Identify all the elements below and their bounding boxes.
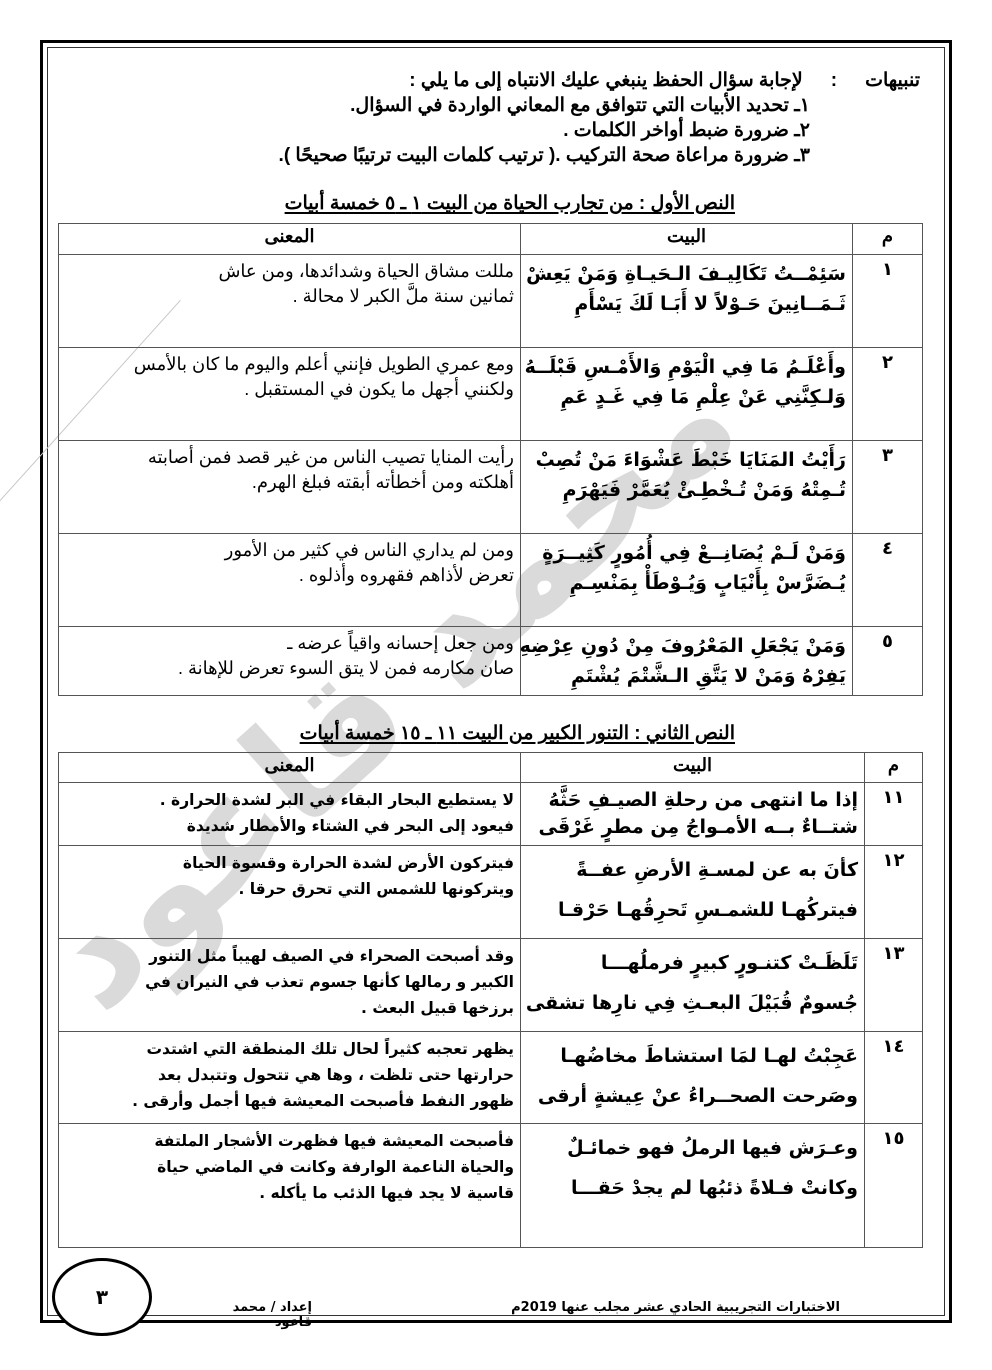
instructions-colon: : (813, 68, 855, 93)
verse-number: ١٥ (865, 1124, 923, 1248)
meaning-line: ظهور النفط فأصبحت المعيشة فيها أجمل وأرق… (65, 1088, 514, 1114)
meaning-line: تعرض لأذاهم فقهروه وأذلوه . (65, 563, 514, 588)
verse-line: تَلَظَـتْ كتنـورٍ كبيرٍ فرملُهـــا (527, 943, 858, 983)
table-row: ٥ وَمَنْ يَجْعَلِ المَعْرُوفَ مِنْ دُونِ… (59, 627, 923, 696)
meaning-line: برزخها قبيل البعث . (65, 995, 514, 1021)
table-row: ١١ إذا ما انتهى من رحلةِ الصيـفِ حَثَّهُ… (59, 783, 923, 846)
verse-line: كأنَ به عن لمسـةِ الأرضِ عفــةً (527, 850, 858, 890)
verse-line: ثَـمَــانِينَ حَـوْلاً لا أَبَـا لَكَ يَ… (527, 289, 846, 319)
verse-meaning: فأصبحت المعيشة فيها فظهرت الأشجار الملتف… (59, 1124, 521, 1248)
table-header-row: م البيت المعنى (59, 224, 923, 255)
footer-author: إعداد / محمد قاعود (192, 1300, 312, 1330)
meaning-line: ثمانين سنة ملَّ الكبر لا محالة . (65, 284, 514, 309)
table-row: ٢ وأَعْلَـمُ مَا فِي الْيَوْمِ وَالأَمْـ… (59, 348, 923, 441)
footer-exam-title: الاختبارات التجريبية الحادي عشر مجلب عنه… (510, 1300, 840, 1315)
verse-meaning: ومن لم يداري الناس في كثير من الأمور تعر… (59, 534, 521, 627)
meaning-line: ومن لم يداري الناس في كثير من الأمور (65, 538, 514, 563)
verse-number: ١٢ (865, 846, 923, 939)
verse-number: ١٤ (865, 1032, 923, 1124)
meaning-line: صان مكارمه فمن لا يتق السوء تعرض للإهانة… (65, 656, 514, 681)
verse-text: إذا ما انتهى من رحلةِ الصيـفِ حَثَّهُ شت… (521, 783, 865, 846)
meaning-line: ويتركونها للشمس التي تحرق حرقا . (65, 876, 514, 902)
verse-meaning: لا يستطيع البحار البقاء في البر لشدة الح… (59, 783, 521, 846)
verse-line: يُـضَرَّسْ بِأَنْيَابٍ وَيُـوْطَأْ بِمَن… (527, 568, 846, 598)
verse-text: كأنَ به عن لمسـةِ الأرضِ عفــةً فيتركُهـ… (521, 846, 865, 939)
verse-line: إذا ما انتهى من رحلةِ الصيـفِ حَثَّهُ (527, 787, 858, 814)
header-num: م (865, 753, 923, 783)
verse-number: ١ (853, 255, 923, 348)
verse-number: ٤ (853, 534, 923, 627)
meaning-line: أهلكته ومن أخطأته أبقته فبلغ الهرم. (65, 470, 514, 495)
meaning-line: حرارتها حتى تلظت ، وها هي تتحول وتتبدل ب… (65, 1062, 514, 1088)
verse-meaning: وقد أصبحت الصحراء في الصيف لهيباً مثل ال… (59, 939, 521, 1032)
verse-line: تُـمِتْهُ وَمَنْ تُـخْطِـئْ يُعَمَّرْ فَ… (527, 475, 846, 505)
verse-text: تَلَظَـتْ كتنـورٍ كبيرٍ فرملُهـــا جُسوم… (521, 939, 865, 1032)
verse-text: رَأَيْتُ المَنَايَا خَبْطَ عَشْوَاءَ مَن… (521, 441, 853, 534)
verse-line: وكانتْ فـلاةً ذئبُها لم يجدْ حَقـــا (527, 1168, 858, 1208)
verse-line: وَمَنْ لَـمْ يُصَانِــعْ فِي أُمُورٍ كَث… (527, 538, 846, 568)
table-row: ٤ وَمَنْ لَـمْ يُصَانِــعْ فِي أُمُورٍ ك… (59, 534, 923, 627)
meaning-line: رأيت المنايا تصيب الناس من غير قصد فمن أ… (65, 445, 514, 470)
meaning-line: قاسية لا يجد فيها الذئب ما يأكله . (65, 1180, 514, 1206)
meaning-line: ولكنني أجهل ما يكون في المستقبل . (65, 377, 514, 402)
meaning-line: والحياة الناعمة الوارفة وكانت في الماضي … (65, 1154, 514, 1180)
table-row: ٣ رَأَيْتُ المَنَايَا خَبْطَ عَشْوَاءَ م… (59, 441, 923, 534)
verse-line: وَلـكِنَّنِي عَنْ عِلْمِ مَا فِي غَـدٍ ع… (527, 382, 846, 412)
section1-table: م البيت المعنى ١ سَئِمْــتُ تَكَالِيـفَ … (58, 223, 923, 696)
instructions-intro: لإجابة سؤال الحفظ ينبغي عليك الانتباه إل… (409, 68, 803, 93)
instructions-label: تنبيهات (865, 68, 920, 93)
meaning-line: لا يستطيع البحار البقاء في البر لشدة الح… (65, 787, 514, 813)
table-row: ١ سَئِمْــتُ تَكَالِيـفَ الـحَيـاةِ وَمَ… (59, 255, 923, 348)
verse-number: ٥ (853, 627, 923, 696)
verse-line: رَأَيْتُ المَنَايَا خَبْطَ عَشْوَاءَ مَن… (527, 445, 846, 475)
meaning-line: وقد أصبحت الصحراء في الصيف لهيباً مثل ال… (65, 943, 514, 969)
verse-line: عَجِبْتُ لهـا لمَا استشاطَ مخاضُهـا (527, 1036, 858, 1076)
header-verse: البيت (521, 753, 865, 783)
verse-line: سَئِمْــتُ تَكَالِيـفَ الـحَيـاةِ وَمَنْ… (527, 259, 846, 289)
verse-text: وعـرَش فيها الرملُ فهو خمائـلٌ وكانتْ فـ… (521, 1124, 865, 1248)
meaning-line: فيعود إلى البحر في الشتاء والأمطار شديدة (65, 813, 514, 839)
header-num: م (853, 224, 923, 255)
table-row: ١٥ وعـرَش فيها الرملُ فهو خمائـلٌ وكانتْ… (59, 1124, 923, 1248)
verse-text: سَئِمْــتُ تَكَالِيـفَ الـحَيـاةِ وَمَنْ… (521, 255, 853, 348)
instruction-item: ٢ـ ضرورة ضبط أواخر الكلمات . (100, 118, 920, 143)
verse-line: وَمَنْ يَجْعَلِ المَعْرُوفَ مِنْ دُونِ ع… (527, 631, 846, 661)
table-row: ١٢ كأنَ به عن لمسـةِ الأرضِ عفــةً فيترك… (59, 846, 923, 939)
verse-number: ٢ (853, 348, 923, 441)
meaning-line: ومن جعل إحسانه واقياً عرضه ـ (65, 631, 514, 656)
verse-number: ١٣ (865, 939, 923, 1032)
header-meaning: المعنى (59, 753, 521, 783)
meaning-line: يظهر تعجبه كثيراً لحال تلك المنطقة التي … (65, 1036, 514, 1062)
verse-text: عَجِبْتُ لهـا لمَا استشاطَ مخاضُهـا وصَر… (521, 1032, 865, 1124)
header-verse: البيت (521, 224, 853, 255)
table-header-row: م البيت المعنى (59, 753, 923, 783)
verse-meaning: يظهر تعجبه كثيراً لحال تلك المنطقة التي … (59, 1032, 521, 1124)
verse-text: وَمَنْ لَـمْ يُصَانِــعْ فِي أُمُورٍ كَث… (521, 534, 853, 627)
table-row: ١٣ تَلَظَـتْ كتنـورٍ كبيرٍ فرملُهـــا جُ… (59, 939, 923, 1032)
section2-table: م البيت المعنى ١١ إذا ما انتهى من رحلةِ … (58, 752, 923, 1248)
meaning-line: الكبير و رمالها كأنها جسوم تعذب في النير… (65, 969, 514, 995)
instructions-block: تنبيهات : لإجابة سؤال الحفظ ينبغي عليك ا… (100, 68, 920, 168)
verse-meaning: ومن جعل إحسانه واقياً عرضه ـ صان مكارمه … (59, 627, 521, 696)
verse-text: وَمَنْ يَجْعَلِ المَعْرُوفَ مِنْ دُونِ ع… (521, 627, 853, 696)
verse-text: وأَعْلَـمُ مَا فِي الْيَوْمِ وَالأَمْـسِ… (521, 348, 853, 441)
verse-meaning: ومع عمري الطويل فإنني أعلم واليوم ما كان… (59, 348, 521, 441)
verse-line: جُسومٌ قُبَيْلَ البعـثِ فِي نارِها تشقى (527, 983, 858, 1023)
verse-meaning: فيتركون الأرض لشدة الحرارة وقسوة الحياة … (59, 846, 521, 939)
meaning-line: مللت مشاق الحياة وشدائدها، ومن عاش (65, 259, 514, 284)
instruction-item: ١ـ تحديد الأبيات التي تتوافق مع المعاني … (100, 93, 920, 118)
verse-meaning: مللت مشاق الحياة وشدائدها، ومن عاش ثماني… (59, 255, 521, 348)
verse-line: فيتركُهـا للشمـسِ تَحرِقُهـا حَرْقـا (527, 890, 858, 930)
table-row: ١٤ عَجِبْتُ لهـا لمَا استشاطَ مخاضُهـا و… (59, 1032, 923, 1124)
meaning-line: فأصبحت المعيشة فيها فظهرت الأشجار الملتف… (65, 1128, 514, 1154)
meaning-line: ومع عمري الطويل فإنني أعلم واليوم ما كان… (65, 352, 514, 377)
verse-number: ١١ (865, 783, 923, 846)
instructions-header: تنبيهات : لإجابة سؤال الحفظ ينبغي عليك ا… (100, 68, 920, 93)
verse-line: وصَرحت الصحــراءُ عنْ عِيشةٍ أرقى (527, 1076, 858, 1116)
section2-title: النص الثاني : التنور الكبير من البيت ١١ … (205, 722, 735, 745)
verse-line: يَفِرْهُ وَمَنْ لا يَتَّقِ الـشَّتْمَ يُ… (527, 661, 846, 691)
verse-number: ٣ (853, 441, 923, 534)
page-number-badge: ٣ (52, 1258, 152, 1336)
section1-title: النص الأول : من تجارب الحياة من البيت ١ … (205, 192, 735, 215)
verse-line: شتــاءٌ بــه الأمـواجُ مِن مطرٍ غَرْقَى (527, 814, 858, 841)
verse-line: وعـرَش فيها الرملُ فهو خمائـلٌ (527, 1128, 858, 1168)
verse-line: وأَعْلَـمُ مَا فِي الْيَوْمِ وَالأَمْـسِ… (527, 352, 846, 382)
instruction-item: ٣ـ ضرورة مراعاة صحة التركيب .( ترتيب كلم… (100, 143, 920, 168)
header-meaning: المعنى (59, 224, 521, 255)
verse-meaning: رأيت المنايا تصيب الناس من غير قصد فمن أ… (59, 441, 521, 534)
meaning-line: فيتركون الأرض لشدة الحرارة وقسوة الحياة (65, 850, 514, 876)
